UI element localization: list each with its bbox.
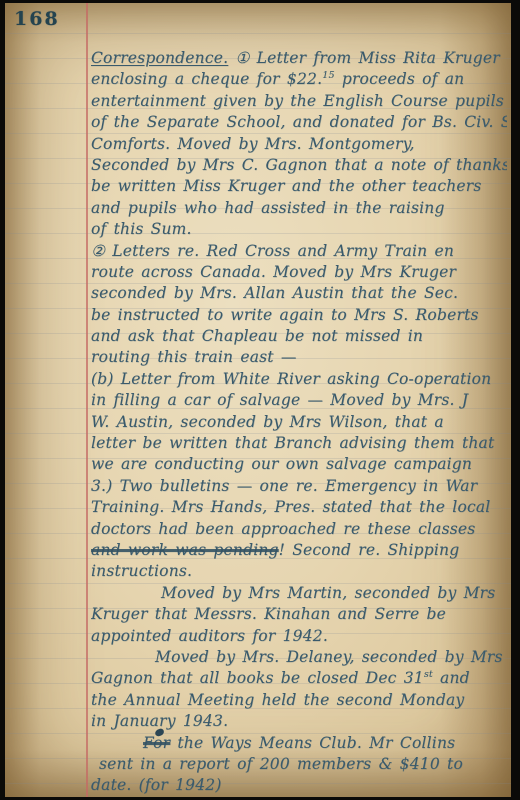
journal-line: of the Separate School, and donated for … (91, 112, 507, 133)
journal-line: W. Austin, seconded by Mrs Wilson, that … (91, 412, 507, 433)
journal-text-segment: Correspondence. (91, 49, 228, 67)
ledger-page: 168 Correspondence. ① Letter from Miss R… (5, 3, 511, 797)
journal-line: Gagnon that all books be closed Dec 31st… (91, 668, 507, 689)
journal-text-segment: sent in a report of 200 members & $410 t… (99, 755, 463, 773)
journal-line: enclosing a cheque for $22.15 proceeds o… (91, 69, 507, 90)
journal-text-segment: doctors had been approached re these cla… (91, 520, 475, 538)
journal-text-segment: letter be written that Branch advising t… (91, 434, 494, 452)
journal-line: (b) Letter from White River asking Co-op… (91, 369, 507, 390)
journal-text-segment: of the Separate School, and donated for … (91, 113, 507, 131)
journal-text-segment: enclosing a cheque for $22. (91, 70, 322, 88)
journal-line: of this Sum. (91, 219, 507, 240)
journal-text-segment: in filling a car of salvage — Moved by M… (91, 391, 468, 409)
journal-text-segment: 3.) Two bulletins — one re. Emergency in… (91, 477, 477, 495)
journal-line: sent in a report of 200 members & $410 t… (91, 754, 507, 775)
journal-text-segment: date. (for 1942) (91, 776, 222, 794)
journal-text-segment: Comforts. Moved by Mrs. Montgomery, (91, 135, 415, 153)
journal-line: Kruger that Messrs. Kinahan and Serre be (91, 604, 507, 625)
journal-text-segment: of this Sum. (91, 220, 192, 238)
journal-line: date. (for 1942) (91, 775, 507, 796)
journal-text-segment: route across Canada. Moved by Mrs Kruger (91, 263, 456, 281)
journal-line: appointed auditors for 1942. (91, 626, 507, 647)
page-number: 168 (14, 8, 60, 30)
handwritten-minutes: Correspondence. ① Letter from Miss Rita … (91, 48, 507, 797)
journal-line: Seconded by Mrs C. Gagnon that a note of… (91, 155, 507, 176)
journal-text-segment: (b) Letter from White River asking Co-op… (91, 370, 491, 388)
journal-line: and pupils who had assisted in the raisi… (91, 198, 507, 219)
journal-line: entertainment given by the English Cours… (91, 91, 507, 112)
journal-text-segment: proceeds of an (335, 70, 465, 88)
journal-text-segment: we are conducting our own salvage campai… (91, 455, 472, 473)
journal-text-segment: be instructed to write again to Mrs S. R… (91, 306, 479, 324)
journal-line: we are conducting our own salvage campai… (91, 454, 507, 475)
journal-text-segment: routing this train east — (91, 348, 297, 366)
journal-line: Moved by Mrs Martin, seconded by Mrs (91, 583, 507, 604)
journal-text-segment: ① Letter from Miss Rita Kruger (228, 49, 500, 67)
journal-text-segment: st (424, 669, 433, 680)
journal-text-segment: ② Letters re. Red Cross and Army Train e… (91, 242, 454, 260)
journal-line: Training. Mrs Hands, Pres. stated that t… (91, 497, 507, 518)
journal-line: For the Ways Means Club. Mr Collins (91, 733, 507, 754)
journal-text-segment: appointed auditors for 1942. (91, 627, 328, 645)
journal-line: Correspondence. ① Letter from Miss Rita … (91, 48, 507, 69)
journal-line: doctors had been approached re these cla… (91, 519, 507, 540)
journal-text-segment: and ask that Chapleau be not missed in (91, 327, 423, 345)
journal-line: and work was pending! Second re. Shippin… (91, 540, 507, 561)
journal-line: be instructed to write again to Mrs S. R… (91, 305, 507, 326)
journal-text-segment: Training. Mrs Hands, Pres. stated that t… (91, 498, 490, 516)
journal-text-segment: Kruger that Messrs. Kinahan and Serre be (91, 605, 446, 623)
red-margin-line (86, 3, 88, 797)
journal-text-segment: in January 1943. (91, 712, 228, 730)
journal-line: instructions. (91, 561, 507, 582)
journal-text-segment: and (433, 669, 470, 687)
journal-line: route across Canada. Moved by Mrs Kruger (91, 262, 507, 283)
journal-text-segment: and work was pending (91, 541, 279, 559)
journal-text-segment: entertainment given by the English Cours… (91, 92, 504, 110)
journal-text-segment: Moved by Mrs Martin, seconded by Mrs (161, 584, 495, 602)
journal-line: and ask that Chapleau be not missed in (91, 326, 507, 347)
journal-text-segment: 15 (322, 70, 335, 81)
journal-line: the Annual Meeting held the second Monda… (91, 690, 507, 711)
journal-line: letter be written that Branch advising t… (91, 433, 507, 454)
journal-text-segment: W. Austin, seconded by Mrs Wilson, that … (91, 413, 444, 431)
journal-line: Moved by Mrs. Delaney, seconded by Mrs (91, 647, 507, 668)
journal-text-segment: Gagnon that all books be closed Dec 31 (91, 669, 424, 687)
journal-text-segment: and pupils who had assisted in the raisi… (91, 199, 445, 217)
journal-line: in January 1943. (91, 711, 507, 732)
journal-text-segment: Seconded by Mrs C. Gagnon that a note of… (91, 156, 507, 174)
journal-line: Comforts. Moved by Mrs. Montgomery, (91, 134, 507, 155)
journal-text-segment: the Ways Means Club. Mr Collins (170, 734, 455, 752)
journal-line: seconded by Mrs. Allan Austin that the S… (91, 283, 507, 304)
journal-text-segment: instructions. (91, 562, 192, 580)
journal-line: routing this train east — (91, 347, 507, 368)
journal-text-segment: seconded by Mrs. Allan Austin that the S… (91, 284, 458, 302)
journal-text-segment: ! Second re. Shipping (279, 541, 460, 559)
journal-line: ② Letters re. Red Cross and Army Train e… (91, 241, 507, 262)
journal-text-segment: Moved by Mrs. Delaney, seconded by Mrs (155, 648, 503, 666)
journal-text-segment: the Annual Meeting held the second Monda… (91, 691, 464, 709)
journal-line: 3.) Two bulletins — one re. Emergency in… (91, 476, 507, 497)
journal-line: be written Miss Kruger and the other tea… (91, 176, 507, 197)
journal-line: in filling a car of salvage — Moved by M… (91, 390, 507, 411)
journal-text-segment: be written Miss Kruger and the other tea… (91, 177, 482, 195)
scanned-ledger-photo: 168 Correspondence. ① Letter from Miss R… (0, 0, 520, 800)
